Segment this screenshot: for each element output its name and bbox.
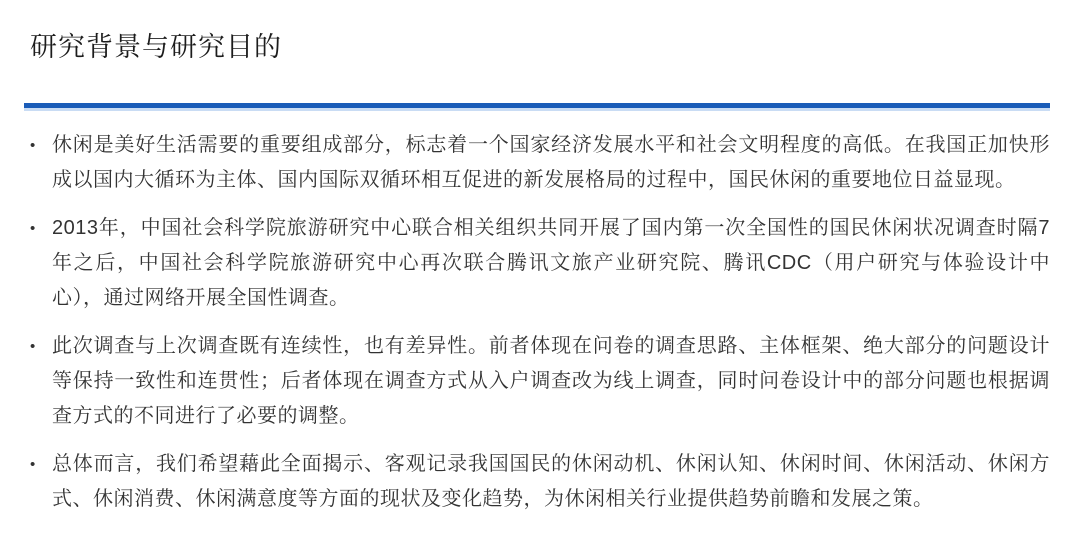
bullet-text-2: 2013年，中国社会科学院旅游研究中心联合相关组织共同开展了国内第一次全国性的国… xyxy=(52,211,1050,316)
bullet-item-4: • 总体而言，我们希望藉此全面揭示、客观记录我国国民的休闲动机、休闲认知、休闲时… xyxy=(30,447,1050,517)
bullet-list: • 休闲是美好生活需要的重要组成部分，标志着一个国家经济发展水平和社会文明程度的… xyxy=(30,128,1050,530)
bullet-dot-icon: • xyxy=(30,128,52,198)
bullet-text-4: 总体而言，我们希望藉此全面揭示、客观记录我国国民的休闲动机、休闲认知、休闲时间、… xyxy=(52,447,1050,517)
bullet-text-3: 此次调查与上次调查既有连续性，也有差异性。前者体现在问卷的调查思路、主体框架、绝… xyxy=(52,329,1050,434)
bullet-item-2: • 2013年，中国社会科学院旅游研究中心联合相关组织共同开展了国内第一次全国性… xyxy=(30,211,1050,316)
bullet-text-1: 休闲是美好生活需要的重要组成部分，标志着一个国家经济发展水平和社会文明程度的高低… xyxy=(52,128,1050,198)
bullet-dot-icon: • xyxy=(30,447,52,517)
page-title: 研究背景与研究目的 xyxy=(30,30,282,64)
bullet-item-3: • 此次调查与上次调查既有连续性，也有差异性。前者体现在问卷的调查思路、主体框架… xyxy=(30,329,1050,434)
title-divider xyxy=(24,103,1050,111)
slide: 研究背景与研究目的 • 休闲是美好生活需要的重要组成部分，标志着一个国家经济发展… xyxy=(0,0,1080,535)
bullet-dot-icon: • xyxy=(30,211,52,316)
bullet-dot-icon: • xyxy=(30,329,52,434)
bullet-item-1: • 休闲是美好生活需要的重要组成部分，标志着一个国家经济发展水平和社会文明程度的… xyxy=(30,128,1050,198)
